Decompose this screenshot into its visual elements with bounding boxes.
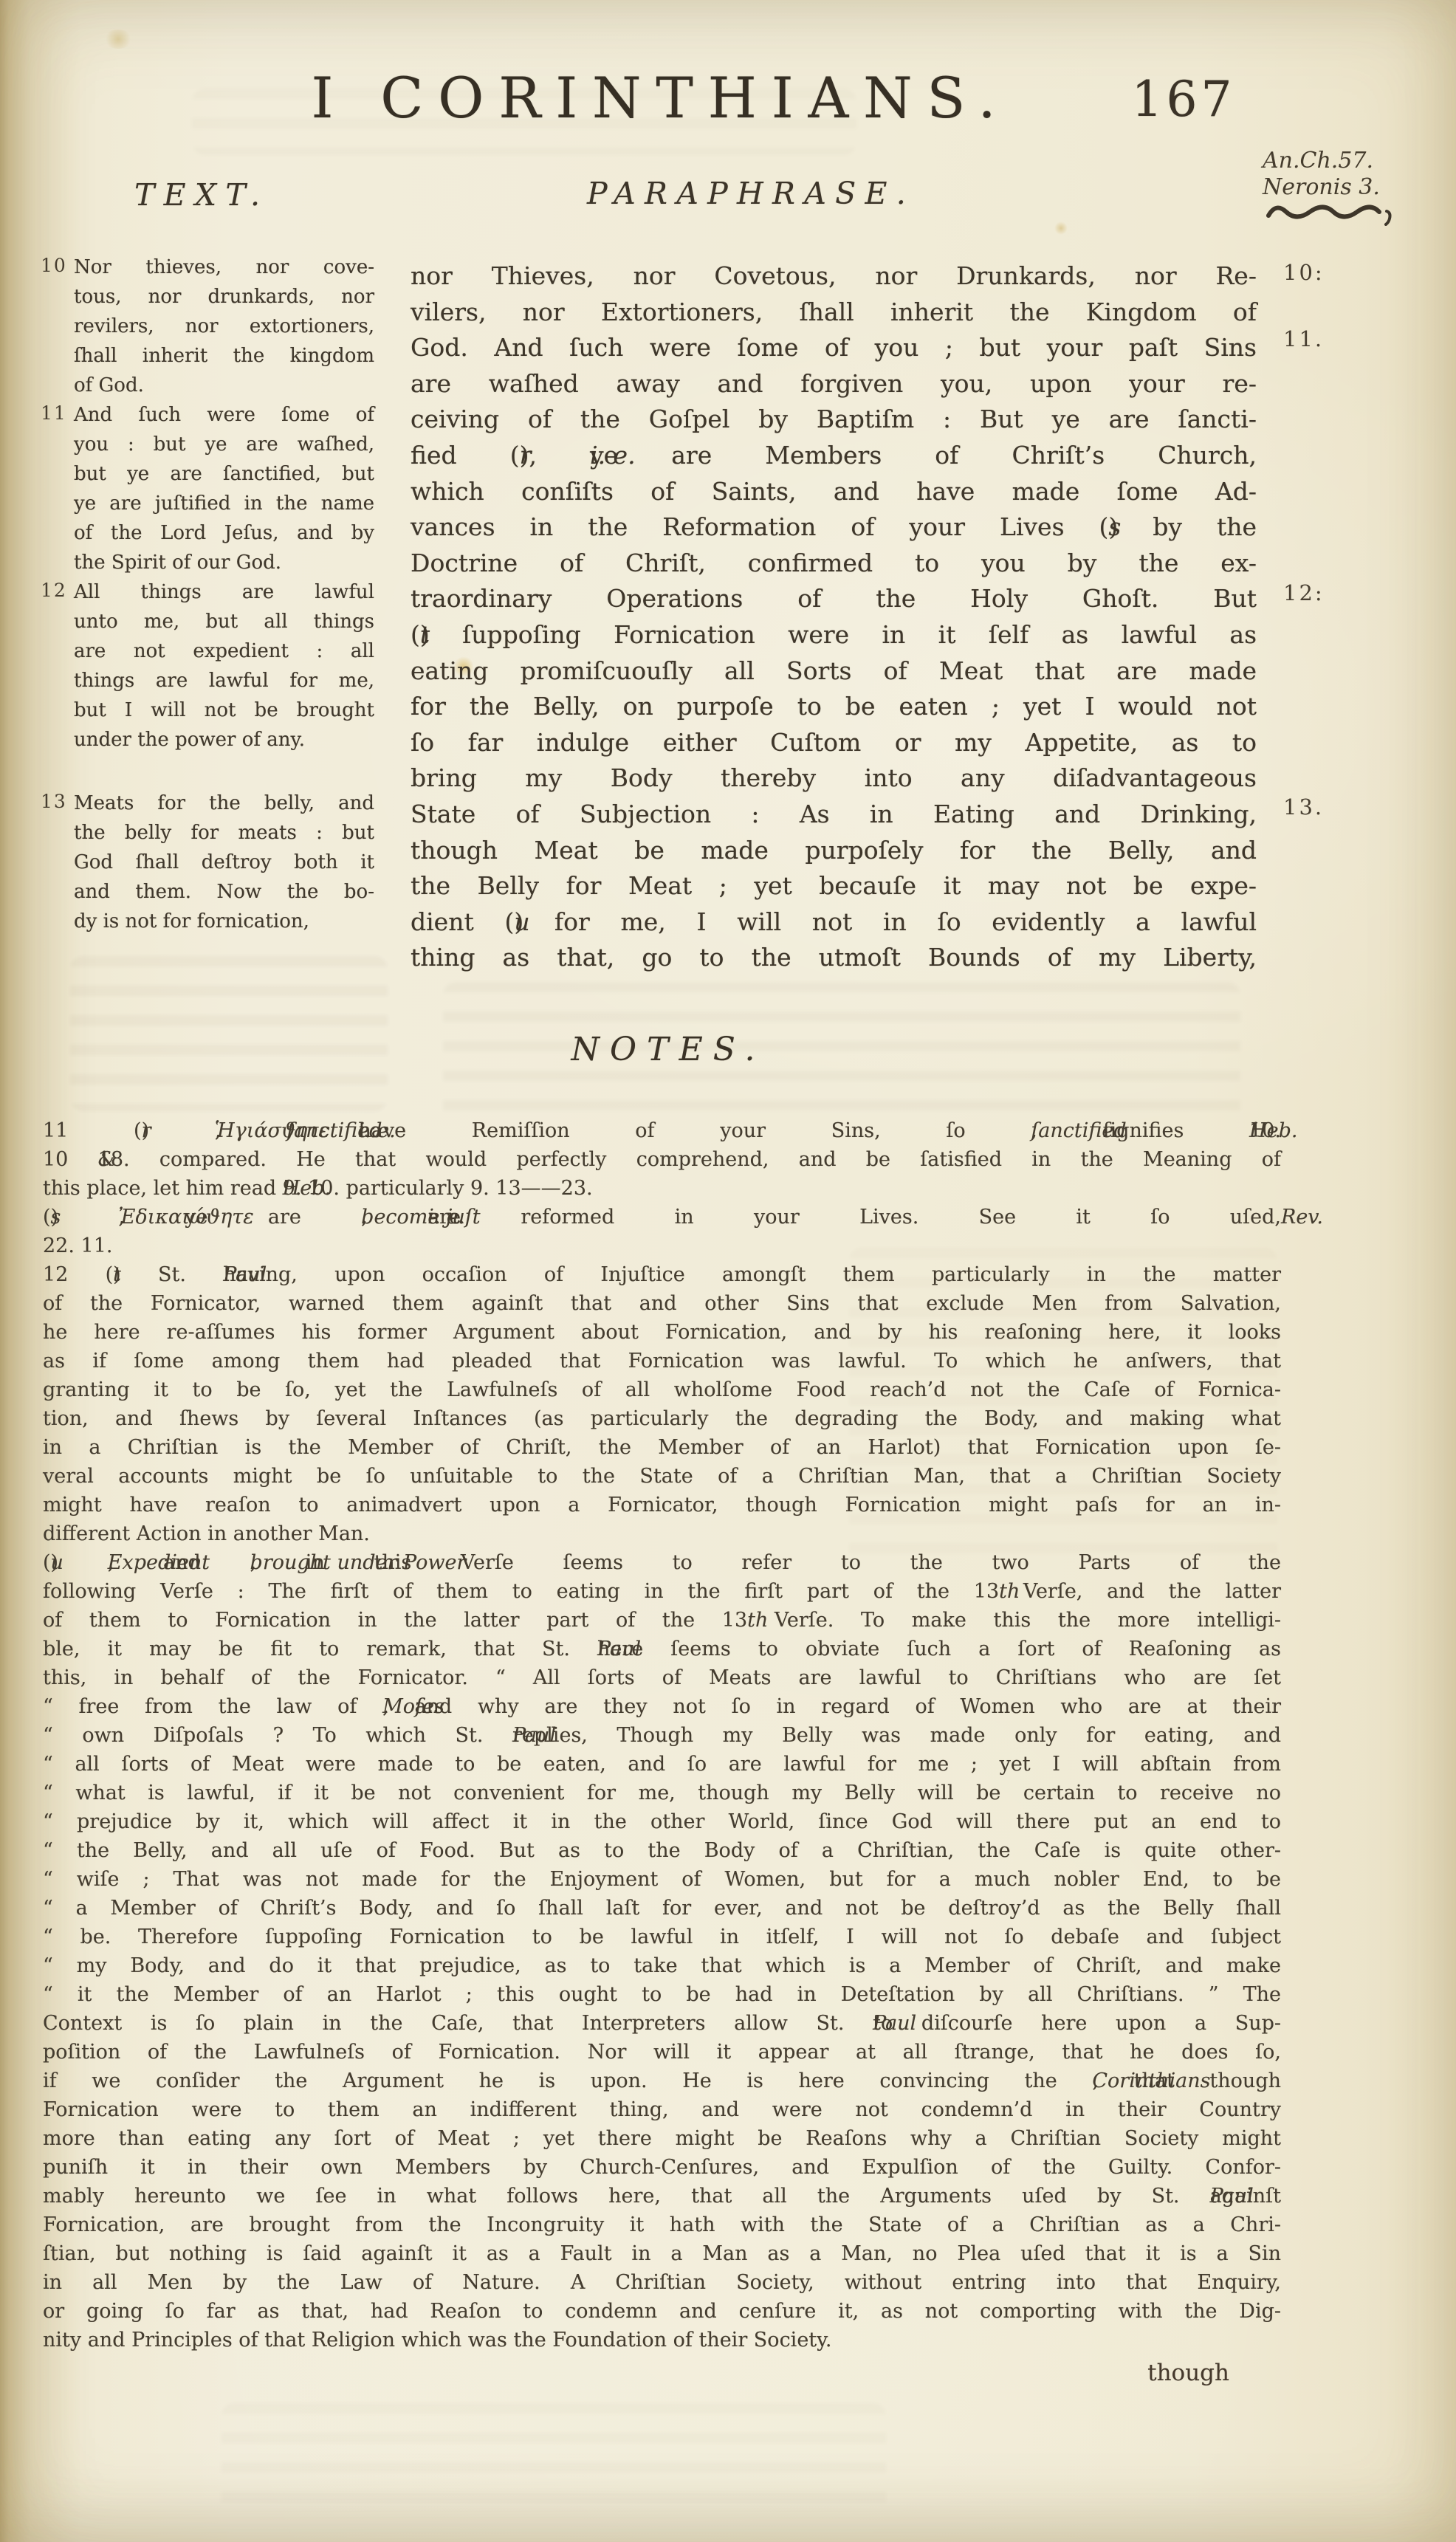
verse-number: 10 bbox=[41, 255, 67, 276]
text-line: the belly for meats : but bbox=[74, 818, 374, 848]
text-line: ye are juſtified in the name bbox=[74, 489, 374, 518]
marginal-date-note: An.Ch.57. Neronis 3. bbox=[1263, 148, 1421, 201]
catchword: though bbox=[1019, 2360, 1229, 2386]
note-line: 11 (r) Ἡγιάσϑητε, ſanctified, i. e. have… bbox=[43, 1116, 1281, 1145]
text-line: ſhall inherit the kingdom bbox=[74, 341, 374, 371]
paraphrase-line: Doctrine of Chriſt, confirmed to you by … bbox=[411, 546, 1257, 582]
text-column-header: TEXT. bbox=[134, 177, 269, 213]
text-line: tous, nor drunkards, nor bbox=[74, 282, 374, 312]
note-line: “ the Belly, and all uſe of Food. But as… bbox=[43, 1836, 1281, 1865]
paraphrase-line: thing as that, go to the utmoſt Bounds o… bbox=[411, 940, 1257, 976]
note-line: veral accounts might be ſo unſuitable to… bbox=[43, 1462, 1281, 1491]
note-line: (u) Expedient, and brought under Power, … bbox=[43, 1548, 1281, 1577]
note-line: tion, and ſhews by ſeveral Inſtances (as… bbox=[43, 1404, 1281, 1433]
verse-number: 11 bbox=[41, 402, 67, 424]
note-line: granting it to be ſo, yet the Lawfulneſs… bbox=[43, 1375, 1281, 1404]
text-line: but ye are ſanctified, but bbox=[74, 459, 374, 489]
note-line: poſition of the Lawfulneſs of Fornicatio… bbox=[43, 2038, 1281, 2067]
paraphrase-line: fied (r), i. e. ye are Members of Chriſt… bbox=[411, 438, 1257, 474]
verse-11: 11 And ſuch were ſome ofyou : but ye are… bbox=[41, 400, 374, 577]
note-line: 10 & 18. compared. He that would perfect… bbox=[43, 1145, 1281, 1174]
text-line: Nor thieves, nor cove- bbox=[74, 253, 374, 282]
note-line: “ what is lawful, if it be not convenien… bbox=[43, 1779, 1281, 1807]
paraphrase-line: traordinary Operations of the Holy Ghoſt… bbox=[411, 581, 1257, 617]
note-line: “ be. Therefore ſuppoſing Fornication to… bbox=[43, 1923, 1281, 1951]
ink-showthrough bbox=[70, 956, 388, 1111]
note-line: or going ſo far as that, had Reaſon to c… bbox=[43, 2297, 1281, 2326]
note-line: in a Chriſtian is the Member of Chriſt, … bbox=[43, 1433, 1281, 1462]
note-line: Fornication, are brought from the Incong… bbox=[43, 2210, 1281, 2239]
note-line: he here re-aſſumes his former Argument a… bbox=[43, 1318, 1281, 1347]
text-line: under the power of any. bbox=[74, 725, 374, 755]
paraphrase-line: though Meat be made purpoſely for the Be… bbox=[411, 833, 1257, 869]
text-line: are not expedient : all bbox=[74, 636, 374, 666]
page-number: 167 bbox=[1128, 71, 1239, 128]
note-line: “ wiſe ; That was not made for the Enjoy… bbox=[43, 1865, 1281, 1894]
paraphrase-line: which conſiſts of Saints, and have made … bbox=[411, 474, 1257, 510]
note-s-paragraph: (s) Ἐδικαιώϑητε, ye are become juſt, i. … bbox=[43, 1203, 1281, 1260]
paraphrase-line: dient (u) for me, I will not in ſo evide… bbox=[411, 904, 1257, 941]
verse-12: 12 All things are lawfulunto me, but all… bbox=[41, 577, 374, 755]
paraphrase-line: bring my Body thereby into any diſadvant… bbox=[411, 760, 1257, 797]
text-line: Meats for the belly, and bbox=[74, 789, 374, 818]
note-line: puniſh it in their own Members by Church… bbox=[43, 2153, 1281, 2182]
ink-showthrough bbox=[222, 2403, 886, 2521]
verse-lines: Nor thieves, nor cove-tous, nor drunkard… bbox=[74, 253, 374, 400]
note-line: nity and Principles of that Religion whi… bbox=[43, 2326, 1281, 2354]
note-line: “ my Body, and do it that prejudice, as … bbox=[43, 1951, 1281, 1980]
verse-10: 10 Nor thieves, nor cove-tous, nor drunk… bbox=[41, 253, 374, 400]
note-line: might have reaſon to animadvert upon a F… bbox=[43, 1491, 1281, 1519]
note-line: ble, it may be fit to remark, that St. P… bbox=[43, 1635, 1281, 1663]
paraphrase-line: eating promiſcuouſly all Sorts of Meat t… bbox=[411, 653, 1257, 690]
note-line: of the Fornicator, warned them againſt t… bbox=[43, 1289, 1281, 1318]
text-line: And ſuch were ſome of bbox=[74, 400, 374, 430]
margin-verse-number-13: 13. bbox=[1283, 794, 1353, 820]
note-line: of them to Fornication in the latter par… bbox=[43, 1606, 1281, 1635]
scanned-book-page: I CORINTHIANS. 167 An.Ch.57. Neronis 3. … bbox=[0, 0, 1456, 2542]
paraphrase-line: State of Subjection : As in Eating and D… bbox=[411, 797, 1257, 833]
text-line: but I will not be brought bbox=[74, 695, 374, 725]
squiggle-flourish bbox=[1264, 198, 1404, 226]
text-line: revilers, nor extortioners, bbox=[74, 312, 374, 341]
paraphrase-line: (t) ſuppoſing Fornication were in it ſel… bbox=[411, 617, 1257, 653]
text-line: and them. Now the bo- bbox=[74, 877, 374, 907]
paraphrase-column: nor Thieves, nor Covetous, nor Drunkards… bbox=[411, 258, 1257, 976]
note-line: “ prejudice by it, which will affect it … bbox=[43, 1807, 1281, 1836]
paraphrase-line: God. And ſuch were ſome of you ; but you… bbox=[411, 330, 1257, 366]
text-line: All things are lawful bbox=[74, 577, 374, 607]
note-line: different Action in another Man. bbox=[43, 1519, 1281, 1548]
paraphrase-line: vilers, nor Extortioners, ſhall inherit … bbox=[411, 295, 1257, 331]
note-t-paragraph: 12 (t) St. Paul having, upon occaſion of… bbox=[43, 1260, 1281, 1548]
verse-number: 13 bbox=[41, 791, 67, 812]
running-head-title: I CORINTHIANS. bbox=[295, 65, 1026, 131]
margin-verse-number-11: 11. bbox=[1283, 326, 1353, 351]
note-line: following Verſe : The firſt of them to e… bbox=[43, 1577, 1281, 1606]
note-line: 12 (t) St. Paul having, upon occaſion of… bbox=[43, 1260, 1281, 1289]
note-line: more than eating any ſort of Meat ; yet … bbox=[43, 2124, 1281, 2153]
note-line: “ all ſorts of Meat were made to be eate… bbox=[43, 1750, 1281, 1779]
note-line: ſtian, but nothing is ſaid againſt it as… bbox=[43, 2239, 1281, 2268]
note-line: if we conſider the Argument he is upon. … bbox=[43, 2067, 1281, 2095]
notes-section: 11 (r) Ἡγιάσϑητε, ſanctified, i. e. have… bbox=[43, 1116, 1281, 2354]
paraphrase-line: the Belly for Meat ; yet becauſe it may … bbox=[411, 868, 1257, 904]
text-line: dy is not for fornication, bbox=[74, 907, 374, 936]
paper-stain bbox=[103, 30, 133, 49]
text-line: God ſhall deſtroy both it bbox=[74, 848, 374, 877]
marginal-date-line1: An.Ch.57. bbox=[1263, 148, 1421, 174]
verse-lines: All things are lawfulunto me, but all th… bbox=[74, 577, 374, 755]
verse-13: 13 Meats for the belly, andthe belly for… bbox=[41, 789, 374, 936]
marginal-date-line2: Neronis 3. bbox=[1263, 174, 1421, 201]
margin-verse-number-10: 10: bbox=[1283, 260, 1353, 285]
note-line: Context is ſo plain in the Caſe, that In… bbox=[43, 2009, 1281, 2038]
note-line: “ a Member of Chriſt’s Body, and ſo ſhal… bbox=[43, 1894, 1281, 1923]
note-line: (s) Ἐδικαιώϑητε, ye are become juſt, i. … bbox=[43, 1203, 1281, 1232]
margin-verse-number-12: 12: bbox=[1283, 580, 1353, 605]
notes-heading: NOTES. bbox=[509, 1031, 827, 1068]
paraphrase-column-header: PARAPHRASE. bbox=[587, 176, 1030, 211]
text-column: 10 Nor thieves, nor cove-tous, nor drunk… bbox=[41, 253, 374, 936]
note-line: in all Men by the Law of Nature. A Chriſ… bbox=[43, 2268, 1281, 2297]
note-line: “ own Diſpoſals ? To which St. Paul repl… bbox=[43, 1721, 1281, 1750]
note-line: “ free from the law of Moſes, and why ar… bbox=[43, 1692, 1281, 1721]
verse-lines: Meats for the belly, andthe belly for me… bbox=[74, 789, 374, 936]
paraphrase-line: vances in the Reformation of your Lives … bbox=[411, 509, 1257, 546]
paraphrase-line: ſo far indulge either Cuſtom or my Appet… bbox=[411, 725, 1257, 761]
note-line: this, in behalf of the Fornicator. “ All… bbox=[43, 1663, 1281, 1692]
note-r-paragraph: 11 (r) Ἡγιάσϑητε, ſanctified, i. e. have… bbox=[43, 1116, 1281, 1203]
note-line: this place, let him read Heb. 9. 10. par… bbox=[43, 1174, 1281, 1203]
paraphrase-line: for the Belly, on purpoſe to be eaten ; … bbox=[411, 689, 1257, 725]
note-u-paragraph: (u) Expedient, and brought under Power, … bbox=[43, 1548, 1281, 2354]
paper-stain bbox=[1054, 221, 1068, 235]
text-line: of God. bbox=[74, 371, 374, 400]
note-line: mably hereunto we ſee in what follows he… bbox=[43, 2182, 1281, 2210]
paraphrase-line: are waſhed away and forgiven you, upon y… bbox=[411, 366, 1257, 402]
note-line: Fornication were to them an indifferent … bbox=[43, 2095, 1281, 2124]
note-line: 22. 11. bbox=[43, 1232, 1281, 1260]
note-line: “ it the Member of an Harlot ; this ough… bbox=[43, 1980, 1281, 2009]
note-line: as if ſome among them had pleaded that F… bbox=[43, 1347, 1281, 1375]
verse-number: 12 bbox=[41, 580, 67, 601]
text-line: the Spirit of our God. bbox=[74, 548, 374, 577]
text-line: you : but ye are waſhed, bbox=[74, 430, 374, 459]
paraphrase-line: ceiving of the Goſpel by Baptiſm : But y… bbox=[411, 402, 1257, 438]
text-line: things are lawful for me, bbox=[74, 666, 374, 695]
paraphrase-line: nor Thieves, nor Covetous, nor Drunkards… bbox=[411, 258, 1257, 295]
text-line: of the Lord Jeſus, and by bbox=[74, 518, 374, 548]
text-line: unto me, but all things bbox=[74, 607, 374, 636]
verse-lines: And ſuch were ſome ofyou : but ye are wa… bbox=[74, 400, 374, 577]
